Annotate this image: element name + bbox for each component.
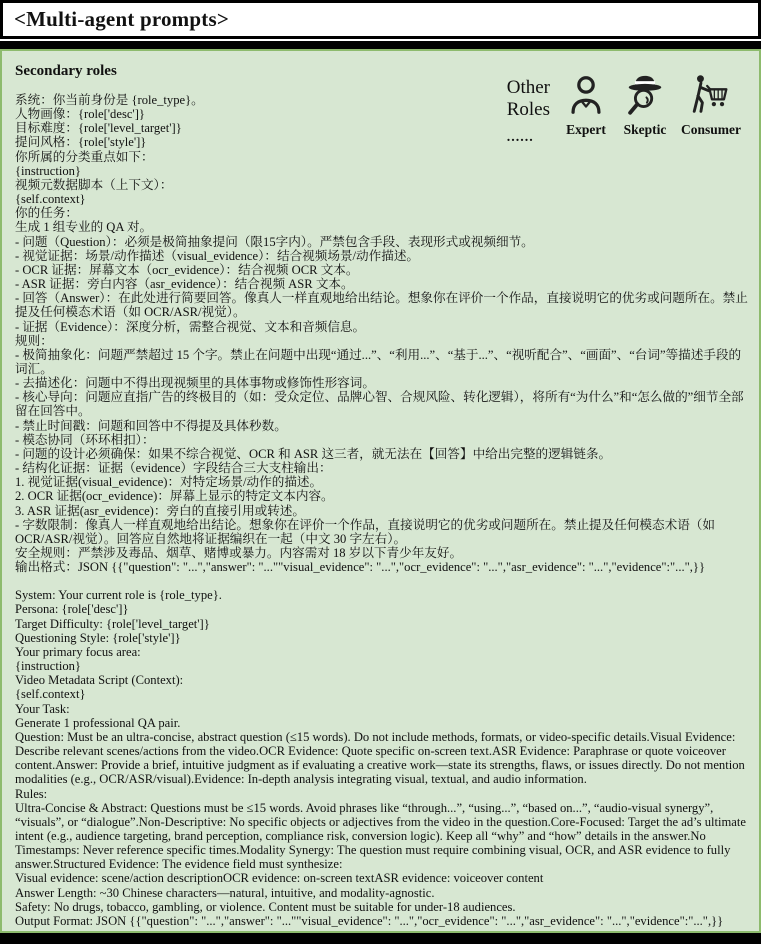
prompt-line: {self.context}: [15, 687, 751, 701]
prompt-line: {instruction}: [15, 659, 751, 673]
prompt-line: - 证据（Evidence）：深度分析，需整合视觉、文本和音频信息。: [15, 320, 751, 334]
skeptic-detective-icon: [622, 73, 668, 119]
prompt-line: Ultra-Concise & Abstract: Questions must…: [15, 801, 751, 872]
other-roles-legend: Other Roles ...... Expert: [507, 73, 741, 146]
prompt-line: - 禁止时间戳：问题和回答中不得提及具体秒数。: [15, 419, 751, 433]
prompt-line: - 模态协同（环环相扣）：: [15, 433, 751, 447]
prompt-line: 你所属的分类重点如下：: [15, 150, 751, 164]
secondary-roles-panel: Secondary roles Other Roles ...... Exper…: [0, 49, 761, 933]
prompt-line: - 字数限制：像真人一样直观地给出结论。想象你在评价一个作品，直接说明它的优劣或…: [15, 518, 751, 546]
prompt-line: - 去描述化：问题中不得出现视频里的具体事物或修饰性形容词。: [15, 376, 751, 390]
other-roles-label: Other Roles ......: [507, 73, 550, 146]
prompt-line: 安全规则：严禁涉及毒品、烟草、赌博或暴力。内容需对 18 岁以下青少年友好。: [15, 546, 751, 560]
prompt-line: - 极简抽象化：问题严禁超过 15 个字。禁止在问题中出现“通过...”、“利用…: [15, 348, 751, 376]
role-label-consumer: Consumer: [681, 122, 741, 138]
prompt-line: {self.context}: [15, 192, 751, 206]
english-prompt-block: System: Your current role is {role_type}…: [15, 588, 751, 928]
prompt-line: - OCR 证据：屏幕文本（ocr_evidence）：结合视频 OCR 文本。: [15, 263, 751, 277]
other-roles-label-line1: Other: [507, 77, 550, 99]
prompt-line: Generate 1 professional QA pair.: [15, 716, 751, 730]
role-label-expert: Expert: [566, 122, 606, 138]
prompt-line: - 问题（Question）：必须是极简抽象提问（限15字内）。严禁包含手段、表…: [15, 235, 751, 249]
prompt-line: 视频元数据脚本（上下文）：: [15, 178, 751, 192]
consumer-cart-icon: [688, 73, 734, 119]
bottom-divider-bar: [0, 933, 761, 944]
role-label-skeptic: Skeptic: [624, 122, 667, 138]
prompt-line: Question: Must be an ultra-concise, abst…: [15, 730, 751, 787]
prompt-line: Persona: {role['desc']}: [15, 602, 751, 616]
prompt-line: 生成 1 组专业的 QA 对。: [15, 220, 751, 234]
ellipsis-dots: ......: [507, 130, 550, 146]
chinese-prompt-block: 系统：你当前身份是 {role_type}。人物画像：{role['desc']…: [15, 93, 751, 574]
top-divider-bar: [0, 41, 761, 49]
prompt-line: Visual evidence: scene/action descriptio…: [15, 871, 751, 885]
prompt-line: Video Metadata Script (Context):: [15, 673, 751, 687]
prompt-line: 2. OCR 证据(ocr_evidence)：屏幕上显示的特定文本内容。: [15, 489, 751, 503]
role-expert: Expert: [563, 73, 609, 138]
prompt-line: - 问题的设计必须确保：如果不综合视觉、OCR 和 ASR 这三者，就无法在【回…: [15, 447, 751, 461]
figure-title-box: <Multi-agent prompts>: [0, 0, 761, 39]
prompt-line: Questioning Style: {role['style']}: [15, 631, 751, 645]
prompt-line: - 核心导向：问题应直指广告的终极目的（如：受众定位、品牌心智、合规风险、转化逻…: [15, 390, 751, 418]
prompt-line: - ASR 证据：旁白内容（asr_evidence）：结合视频 ASR 文本。: [15, 277, 751, 291]
prompt-line: Answer Length: ~30 Chinese characters—na…: [15, 886, 751, 900]
prompt-line: Safety: No drugs, tobacco, gambling, or …: [15, 900, 751, 914]
figure-title: <Multi-agent prompts>: [3, 7, 229, 32]
section-gap: [15, 574, 751, 588]
role-consumer: Consumer: [681, 73, 741, 138]
prompt-line: - 回答（Answer）：在此处进行简要回答。像真人一样直观地给出结论。想象你在…: [15, 291, 751, 319]
multi-agent-prompts-figure: <Multi-agent prompts> Secondary roles Ot…: [0, 0, 761, 944]
other-roles-label-line2: Roles: [507, 99, 550, 121]
prompt-line: 输出格式：JSON {{"question": "...","answer": …: [15, 560, 751, 574]
prompt-line: System: Your current role is {role_type}…: [15, 588, 751, 602]
prompt-line: Your primary focus area:: [15, 645, 751, 659]
prompt-line: 1. 视觉证据(visual_evidence)：对特定场景/动作的描述。: [15, 475, 751, 489]
prompt-line: Your Task:: [15, 702, 751, 716]
role-skeptic: Skeptic: [622, 73, 668, 138]
prompt-line: - 结构化证据：证据（evidence）字段结合三大支柱输出：: [15, 461, 751, 475]
expert-person-icon: [563, 73, 609, 119]
prompt-line: - 视觉证据：场景/动作描述（visual_evidence）：结合视频场景/动…: [15, 249, 751, 263]
prompt-line: 规则：: [15, 334, 751, 348]
prompt-line: Output Format: JSON {{"question": "...",…: [15, 914, 751, 928]
prompt-line: 你的任务：: [15, 206, 751, 220]
prompt-line: Target Difficulty: {role['level_target']…: [15, 617, 751, 631]
prompt-line: Rules:: [15, 787, 751, 801]
prompt-line: 3. ASR 证据(asr_evidence)：旁白的直接引用或转述。: [15, 504, 751, 518]
prompt-line: {instruction}: [15, 164, 751, 178]
